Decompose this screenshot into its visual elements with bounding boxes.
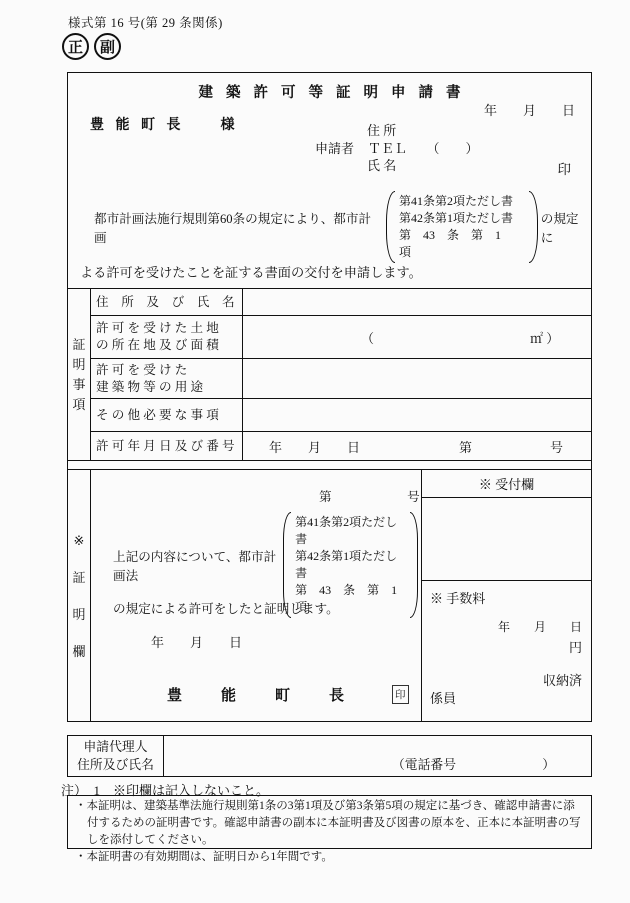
law-clauses: 第41条第2項ただし書 第42条第1項ただし書 第 43 条 第 1 項 — [395, 191, 529, 263]
right-paren — [410, 512, 418, 618]
agent-name-field: （電話番号 ） — [164, 736, 591, 776]
mayor-title: 豊 能 町 長 — [167, 684, 356, 705]
fee-paid-label: 収納済 — [543, 670, 582, 689]
application-date: 年 月 日 — [484, 100, 575, 119]
fee-label: ※ 手数料 — [430, 588, 485, 607]
reception-stamp-area — [422, 498, 591, 581]
certification-section: ※ 証 明 欄 第 号 上記の内容について、都市計画法 第41条第2項ただし書 … — [68, 469, 591, 722]
certification-content: 第 号 上記の内容について、都市計画法 第41条第2項ただし書 第42条第1項た… — [90, 470, 421, 722]
row-label-building-use: 許 可 を 受 け た 建 築 物 等 の 用 途 — [90, 359, 242, 399]
applicant-name-label: 氏 名 — [367, 157, 396, 175]
clause-art41: 第41条第2項ただし書 — [399, 193, 525, 210]
form-title: 建築許可等証明申請書 — [68, 81, 591, 102]
fee-yen-label: 円 — [569, 637, 582, 656]
law-clause-bracket: 第41条第2項ただし書 第42条第1項ただし書 第 43 条 第 1 項 — [386, 191, 538, 263]
note-item-certificate-purpose: ・本証明は、建築基準法施行規則第1条の3第1項及び第3条第5項の規定に基づき、確… — [75, 798, 584, 849]
certification-tail: の規定による許可をしたと証明します。 — [113, 598, 339, 617]
duplicate-stamp: 副 — [94, 33, 121, 60]
note-item-validity: ・本証明書の有効期間は、証明日から1年間です。 — [75, 849, 584, 866]
copy-stamps: 正 副 — [62, 33, 121, 60]
other-items-field — [242, 399, 591, 432]
agent-phone-label: （電話番号 — [392, 754, 456, 773]
request-lead: 都市計画法施行規則第60条の規定により、都市計画 — [94, 208, 383, 246]
indent-spacer — [315, 122, 367, 140]
form-code: 様式第 16 号(第 29 条関係) — [68, 13, 223, 31]
clause-art41: 第41条第2項ただし書 — [295, 514, 406, 548]
land-area-field: （ ㎡ ） — [242, 316, 591, 359]
original-stamp: 正 — [62, 33, 89, 60]
reception-column-header: ※ 受付欄 — [422, 470, 591, 498]
mayor-signature-line: 豊 能 町 長 印 — [167, 684, 409, 705]
building-use-field — [242, 359, 591, 399]
certified-items-group-label: 証 明 事 項 — [68, 289, 90, 460]
clause-art42: 第42条第1項ただし書 — [399, 210, 525, 227]
addressee-mayor: 豊 能 町 長 様 — [90, 114, 239, 134]
request-paragraph: 都市計画法施行規則第60条の規定により、都市計画 第41条第2項ただし書 第42… — [94, 191, 591, 263]
clause-art43: 第 43 条 第 1 項 — [399, 227, 525, 261]
left-paren — [386, 191, 395, 263]
row-label-permit-date-number: 許 可 年 月 日 及 び 番 号 — [90, 432, 242, 460]
applicant-address-label: 住 所 — [367, 122, 396, 140]
applicant-name-line: 氏 名 — [315, 157, 479, 175]
certified-items-table: 証 明 事 項 住 所 及 び 氏 名 許 可 を 受 け た 土 地 の 所 … — [68, 288, 591, 461]
agent-box: 申請代理人 住所及び氏名 （電話番号 ） — [67, 735, 592, 777]
right-paren — [529, 191, 538, 263]
mayor-seal-mark: 印 — [392, 685, 409, 704]
applicant-block: 住 所 申請者 ＴＥＬ （ ） 氏 名 — [315, 122, 479, 175]
fee-date-placeholder: 年 月 日 — [498, 618, 582, 635]
application-form: 建築許可等証明申請書 年 月 日 豊 能 町 長 様 住 所 申請者 ＴＥＬ （… — [67, 72, 592, 722]
notes-box: ・本証明は、建築基準法施行規則第1条の3第1項及び第3条第5項の規定に基づき、確… — [67, 795, 592, 849]
applicant-address-line: 住 所 — [315, 122, 479, 140]
permit-date-placeholder: 年 月 日 — [269, 437, 360, 456]
fee-area: ※ 手数料 年 月 日 円 収納済 係員 — [422, 581, 591, 722]
address-name-field — [242, 289, 591, 316]
agent-phone-close-paren: ） — [542, 754, 555, 773]
certification-group-label: ※ 証 明 欄 — [68, 470, 90, 722]
certification-lead: 上記の内容について、都市計画法 — [113, 546, 280, 584]
indent-spacer — [315, 157, 367, 175]
request-closing: よる許可を受けたことを証する書面の交付を申請します。 — [80, 262, 422, 281]
row-label-other: そ の 他 必 要 な 事 項 — [90, 399, 242, 432]
request-tail: の規定に — [541, 208, 591, 246]
permit-number-placeholder: 第 号 — [459, 437, 563, 456]
permit-date-number-field: 年 月 日 第 号 — [242, 432, 591, 460]
applicant-tel-label: ＴＥＬ （ ） — [368, 140, 479, 158]
row-label-address-name: 住 所 及 び 氏 名 — [90, 289, 242, 316]
certification-date-placeholder: 年 月 日 — [151, 632, 242, 651]
certificate-number-placeholder: 第 号 — [319, 486, 420, 505]
row-label-land: 許 可 を 受 け た 土 地 の 所 在 地 及 び 面 積 — [90, 316, 242, 359]
office-use-column: ※ 受付欄 ※ 手数料 年 月 日 円 収納済 係員 — [421, 470, 591, 722]
fee-staff-label: 係員 — [430, 688, 456, 707]
agent-label: 申請代理人 住所及び氏名 — [68, 736, 164, 776]
applicant-tel-line: 申請者 ＴＥＬ （ ） — [315, 140, 479, 158]
applicant-label: 申請者 — [315, 140, 354, 158]
applicant-seal-mark: 印 — [558, 158, 572, 178]
clause-art42: 第42条第1項ただし書 — [295, 548, 406, 582]
